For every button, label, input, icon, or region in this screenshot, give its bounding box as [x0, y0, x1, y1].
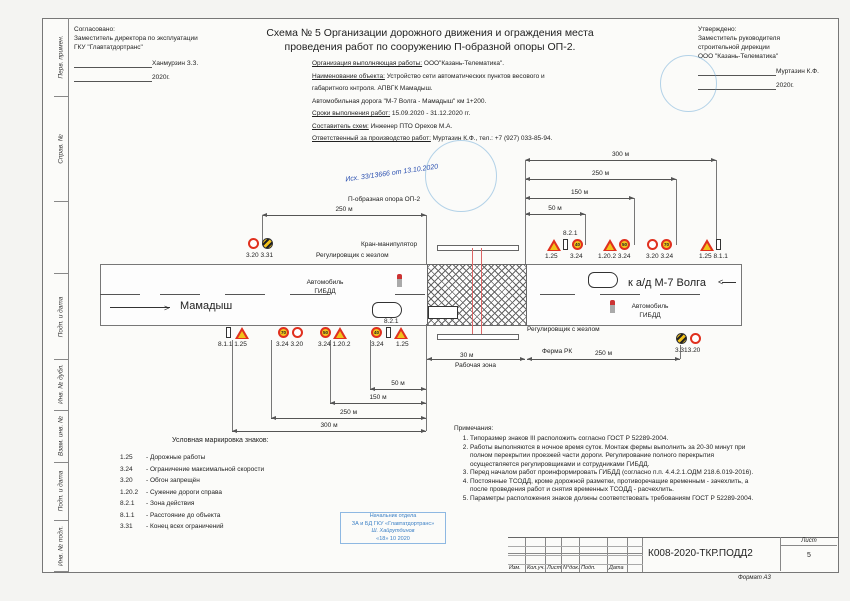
dimension-label: 150 м	[571, 189, 588, 196]
end-restrictions-sign-icon	[676, 333, 687, 344]
dimension-label: 250 м	[592, 170, 609, 177]
title-block-header: Подп.	[581, 565, 596, 571]
regulator-left	[397, 274, 402, 287]
dimension-line	[527, 359, 680, 360]
sidebar-cell-vzam: Взам. инв. №	[54, 410, 69, 463]
dimension-line	[271, 418, 426, 419]
dimension-line	[525, 214, 585, 215]
title-block-header: Лист	[547, 565, 561, 571]
legend-item: 1.25- Дорожные работы	[120, 452, 264, 464]
approval-stamp	[660, 55, 717, 112]
info-label: Организация выполняющая работы:	[312, 60, 422, 67]
sign-code-label: 3.24	[570, 253, 583, 260]
registration-stamp	[425, 140, 497, 212]
direction-left-label: Мамадыш	[180, 300, 232, 312]
extension-line	[585, 214, 586, 245]
car-left-label: Автомобиль ГИБДД	[305, 278, 345, 296]
speed-limit-sign-icon: 50	[619, 239, 630, 250]
title-block-row-line	[508, 546, 643, 547]
truss-label: Ферма РК	[542, 347, 572, 356]
extension-line	[271, 340, 272, 418]
document-code: К008-2020-ТКР.ПОДД2	[648, 548, 753, 559]
sidebar-cell-inv-podl: Инв. № подл.	[54, 520, 69, 572]
speed-limit-sign-icon: 50	[320, 327, 331, 338]
speed-limit-sign-icon: 40	[371, 327, 382, 338]
roadwork-sign-icon	[394, 327, 408, 339]
sign-code-label: 3.20 3.24	[646, 253, 673, 260]
info-line: Наименование объекта: Устройство сети ав…	[312, 71, 552, 84]
dimension-line	[525, 198, 634, 199]
speed-limit-sign-icon: 70	[278, 327, 289, 338]
legend-code: 8.2.1	[120, 498, 146, 510]
regulator-right	[610, 300, 615, 313]
lane-marking	[540, 294, 575, 295]
legend-code: 3.24	[120, 464, 146, 476]
title-block-header: Дата	[609, 565, 624, 571]
dimension-label: 50 м	[391, 380, 405, 387]
extension-line	[676, 179, 677, 245]
info-line: Организация выполняющая работы: ООО"Каза…	[312, 58, 552, 71]
extension-line	[426, 215, 427, 264]
legend-list: 1.25- Дорожные работы3.24- Ограничение м…	[120, 452, 264, 533]
info-line: Ответственный за производство работ: Мур…	[312, 133, 552, 146]
sign-code-label: 3.313.20	[675, 347, 700, 354]
legend-item: 8.1.1- Расстояние до объекта	[120, 510, 264, 522]
title-block-row-line	[508, 555, 643, 556]
extension-line	[426, 324, 427, 431]
sign-code-label: 8.1.1 1.25	[218, 341, 247, 348]
dimension-label: 300 м	[612, 151, 629, 158]
sign-code-label: 1.25	[545, 253, 558, 260]
note-item: Параметры расположения знаков должны соо…	[470, 495, 760, 504]
info-plate-icon	[386, 327, 391, 338]
regulator-top-label: Регулировщик с жезлом	[316, 251, 389, 260]
sign-code-label: 8.2.1	[384, 318, 398, 325]
extension-line	[525, 160, 526, 264]
format-label: Формат А3	[738, 575, 771, 581]
sidebar-cell-sprav: Справ. №	[54, 96, 69, 202]
title-block-header: Изм.	[509, 565, 521, 571]
lane-marking	[160, 294, 200, 295]
no-overtaking-sign-icon	[292, 327, 303, 338]
car-right-label: Автомобиль ГИБДД	[630, 302, 670, 320]
legend-item: 1.20.2- Сужение дороги справа	[120, 487, 264, 499]
workzone-label: Рабочая зона	[455, 361, 496, 370]
lane-marking	[225, 294, 265, 295]
info-value: габаритного кнтроля. АПВГК Мамадыш.	[312, 85, 433, 92]
legend-item: 3.31- Конец всех ограничений	[120, 521, 264, 533]
info-line: Автомобильная дорога "М-7 Волга - Мамады…	[312, 96, 552, 109]
regulator-bottom-label: Регулировщик с жезлом	[527, 325, 600, 334]
arrow-left	[722, 282, 736, 283]
no-overtaking-sign-icon	[248, 238, 259, 249]
roadwork-sign-icon	[235, 327, 249, 339]
dimension-line	[525, 160, 716, 161]
dimension-label: 250 м	[335, 206, 352, 213]
title-block-row-line	[508, 564, 643, 565]
sidebar-cell-podp2: Подп. и дата	[54, 462, 69, 521]
sign-code-label: 1.20.2 3.24	[598, 253, 631, 260]
extension-line	[232, 340, 233, 431]
sign-code-label: 3.20 3.31	[246, 252, 273, 259]
no-overtaking-sign-icon	[647, 239, 658, 250]
date-line	[74, 73, 152, 82]
sidebar-cell-inv-dubl: Инв. № дубл.	[54, 358, 69, 411]
dimension-label: 50 м	[548, 205, 562, 212]
legend-item: 3.24- Ограничение максимальной скорости	[120, 464, 264, 476]
legend-code: 3.20	[120, 475, 146, 487]
title-block-header: N°док.	[563, 565, 579, 571]
police-car-right	[588, 272, 618, 288]
dimension-line	[525, 179, 676, 180]
roadwork-sign-icon	[333, 327, 347, 339]
speed-limit-sign-icon: 70	[661, 239, 672, 250]
signature-line	[74, 59, 152, 68]
legend-text: - Дорожные работы	[146, 454, 205, 461]
lane-marking	[600, 294, 640, 295]
dimension-line	[330, 403, 426, 404]
end-restrictions-sign-icon	[262, 238, 273, 249]
lane-marking	[100, 294, 140, 295]
note-item: Перед началом работ проинформировать ГИБ…	[470, 469, 760, 478]
info-value: ООО"Казань-Телематика".	[422, 60, 504, 67]
sign-code-label: 8.2.1	[563, 230, 577, 237]
lane-marking	[660, 294, 700, 295]
info-line: Сроки выполнения работ: 15.09.2020 - 31.…	[312, 108, 552, 121]
lane-marking	[395, 294, 425, 295]
legend-text: - Конец всех ограничений	[146, 523, 224, 530]
extension-line	[330, 340, 331, 403]
sign-code-label: 1.25	[396, 341, 409, 348]
info-label: Составитель схем:	[312, 123, 369, 130]
dimension-line	[232, 431, 426, 432]
sign-code-label: 3.24	[371, 341, 384, 348]
sign-code-label: 3.24 1.20.2	[318, 341, 351, 348]
legend-text: - Сужение дороги справа	[146, 489, 222, 496]
speed-limit-sign-icon: 40	[572, 239, 583, 250]
dimension-line	[262, 215, 426, 216]
dimension-label: 250 м	[595, 350, 612, 357]
legend-title: Условная маркировка знаков:	[172, 437, 269, 444]
info-label: Наименование объекта:	[312, 73, 385, 80]
legend-text: - Расстояние до объекта	[146, 512, 220, 519]
legend-item: 8.2.1- Зона действия	[120, 498, 264, 510]
arrow-right	[110, 307, 170, 308]
info-plate-icon	[226, 327, 231, 338]
legend-text: - Ограничение максимальной скорости	[146, 466, 264, 473]
police-car-left	[372, 302, 402, 318]
note-item: Постоянные ТСОДД, кроме дорожной разметк…	[470, 478, 760, 495]
sidebar-cell-podp1: Подп. и дата	[54, 273, 69, 360]
roadwork-sign-icon	[603, 239, 617, 251]
info-label: Сроки выполнения работ:	[312, 110, 390, 117]
legend-item: 3.20- Обгон запрещён	[120, 475, 264, 487]
info-line: габаритного кнтроля. АПВГК Мамадыш.	[312, 83, 552, 96]
approval-left: Согласовано: Заместитель директора по эк…	[74, 25, 198, 82]
legend-code: 1.20.2	[120, 487, 146, 499]
legend-text: - Обгон запрещён	[146, 477, 200, 484]
crane-label: Кран-манипулятор	[361, 240, 417, 249]
notes-title: Примечания:	[454, 424, 493, 433]
support-op2	[472, 248, 482, 334]
support-label: П-образная опора ОП-2	[348, 195, 420, 204]
info-plate-icon	[716, 239, 721, 250]
legend-code: 3.31	[120, 521, 146, 533]
sidebar-cell-perv: Перв. примен.	[54, 18, 69, 97]
legend-code: 1.25	[120, 452, 146, 464]
extension-line	[716, 160, 717, 245]
title-block-divider	[508, 553, 643, 554]
info-value: Устройство сети автоматических пунктов в…	[385, 73, 545, 80]
legend-code: 8.1.1	[120, 510, 146, 522]
title-block-header: Кол.уч.	[527, 565, 545, 571]
note-item: Типоразмер знаков III расположить соглас…	[470, 435, 760, 444]
dimension-label: 300 м	[320, 422, 337, 429]
crane-truck	[428, 306, 458, 319]
dimension-label: 250 м	[340, 409, 357, 416]
roadwork-sign-icon	[700, 239, 714, 251]
info-value: 15.09.2020 - 31.12.2020 гг.	[390, 110, 470, 117]
sidebar-columns: Перв. примен. Справ. № Подп. и дата Инв.…	[54, 18, 68, 571]
arrow-head-right-icon: >	[164, 303, 169, 313]
notes-list: Типоразмер знаков III расположить соглас…	[454, 435, 760, 503]
legend-text: - Зона действия	[146, 500, 194, 507]
info-plate-icon	[563, 239, 568, 250]
sign-code-label: 1.25 8.1.1	[699, 253, 728, 260]
sign-code-label: 3.24 3.20	[276, 341, 303, 348]
roadwork-sign-icon	[547, 239, 561, 251]
note-item: Работы выполняются в ночное время суток.…	[470, 444, 760, 470]
truss-bottom	[437, 334, 519, 340]
info-value: Автомобильная дорога "М-7 Волга - Мамады…	[312, 98, 486, 105]
info-value: Инженер ПТО Орехов М.А.	[369, 123, 452, 130]
page-title: Схема № 5 Организации дорожного движения…	[250, 26, 610, 54]
sheet-cell: Лист 5	[780, 537, 837, 571]
dimension-line	[427, 359, 525, 360]
info-label: Ответственный за производство работ:	[312, 135, 431, 142]
dimension-label: 150 м	[369, 394, 386, 401]
no-overtaking-sign-icon	[690, 333, 701, 344]
department-stamp: Начальник отдела ЗА и БД ГКУ «Главтатдор…	[340, 512, 446, 544]
info-line: Составитель схем: Инженер ПТО Орехов М.А…	[312, 121, 552, 134]
direction-right-label: к а/д М-7 Волга	[628, 277, 706, 289]
dimension-line	[370, 389, 426, 390]
extension-line	[634, 198, 635, 245]
info-block: Организация выполняющая работы: ООО"Каза…	[312, 58, 552, 146]
